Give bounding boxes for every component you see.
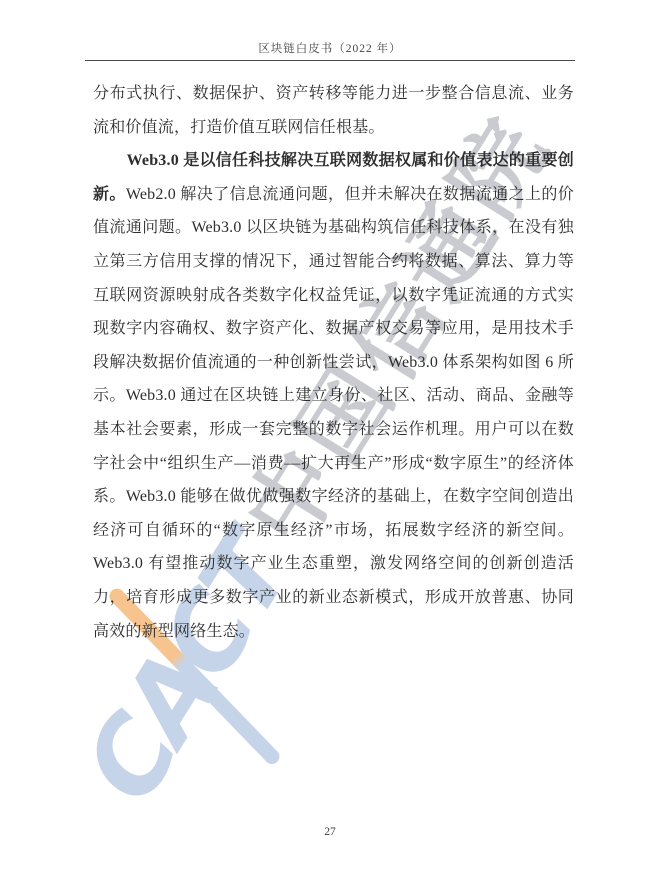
document-page: CA CT 中国信通院 区块链白皮书（2022 年） 分布式执行、数据保护、资产…: [0, 0, 660, 896]
header-divider: [85, 60, 575, 61]
page-number: 27: [0, 826, 660, 838]
body-text: 分布式执行、数据保护、资产转移等能力进一步整合信息流、业务流和价值流，打造价值互…: [93, 77, 574, 648]
running-header-title: 区块链白皮书（2022 年）: [0, 40, 660, 56]
watermark-caict-letters-left: CA: [68, 638, 234, 818]
paragraph-2: Web3.0 是以信任科技解决互联网数据权属和价值表达的重要创新。Web2.0 …: [93, 144, 574, 648]
paragraph-1: 分布式执行、数据保护、资产转移等能力进一步整合信息流、业务流和价值流，打造价值互…: [93, 77, 574, 144]
paragraph-2-rest: Web2.0 解决了信息流通问题，但并未解决在数据流通之上的价值流通问题。Web…: [93, 186, 574, 640]
